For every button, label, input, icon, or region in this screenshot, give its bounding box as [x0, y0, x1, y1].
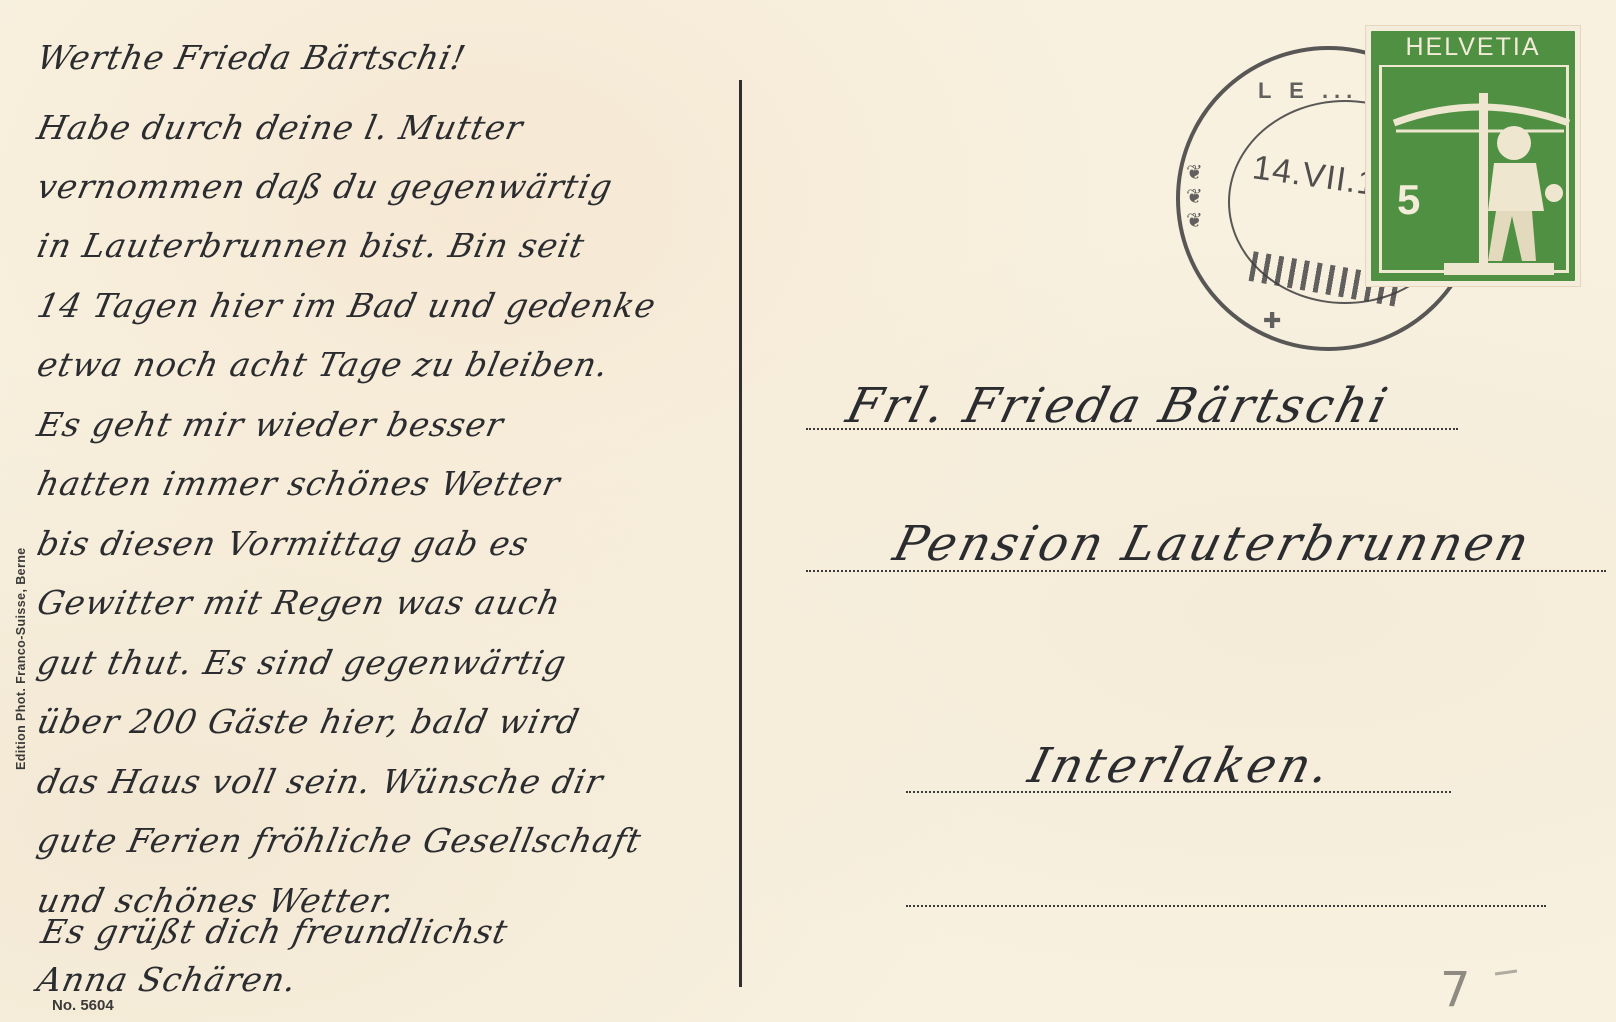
center-divider — [739, 80, 742, 987]
address-street: Pension Lauterbrunnen — [888, 516, 1537, 572]
message-line: gut thut. Es sind gegenwärtig — [34, 643, 571, 682]
message-line: etwa noch acht Tage zu bleiben. — [34, 345, 613, 384]
message-line: gute Ferien fröhliche Gesellschaft — [34, 821, 645, 860]
message-line: über 200 Gäste hier, bald wird — [34, 702, 583, 741]
signature: Anna Schären. — [34, 960, 301, 999]
card-number: No. 5604 — [52, 997, 114, 1014]
swiss-cross-icon: ✚ — [1263, 312, 1283, 332]
branch-ornament-icon: ❦❦❦ — [1186, 160, 1200, 250]
pencil-annotation: 7 — [1440, 962, 1471, 1018]
postage-stamp: HELVETIA 5 — [1366, 26, 1580, 286]
stamp-country: HELVETIA — [1371, 33, 1575, 62]
message-line: vernommen daß du gegenwärtig — [34, 167, 617, 206]
stamp-face: HELVETIA 5 — [1371, 31, 1575, 281]
postmark-town: L E ... — [1258, 78, 1358, 104]
address-city: Interlaken. — [1023, 738, 1338, 794]
message-line: das Haus voll sein. Wünsche dir — [34, 762, 607, 801]
address-dotted-line — [906, 905, 1546, 907]
postcard-back: Edition Phot. Franco-Suisse, Berne No. 5… — [0, 0, 1616, 1022]
address-recipient: Frl. Frieda Bärtschi — [841, 378, 1396, 434]
stamp-value: 5 — [1397, 176, 1420, 224]
message-line: Es grüßt dich freundlichst — [38, 912, 512, 951]
message-line: in Lauterbrunnen bist. Bin seit — [34, 226, 589, 265]
message-line: Gewitter mit Regen was auch — [34, 583, 565, 622]
message-line: Habe durch deine l. Mutter — [34, 108, 527, 147]
message-line: Werthe Frieda Bärtschi! — [34, 38, 470, 77]
stamp-frame — [1379, 65, 1569, 273]
pencil-dash — [1495, 969, 1517, 975]
message-line: Es geht mir wieder besser — [34, 405, 508, 444]
message-line: 14 Tagen hier im Bad und gedenke — [34, 286, 660, 325]
message-line: bis diesen Vormittag gab es — [34, 524, 533, 563]
publisher-imprint: Edition Phot. Franco-Suisse, Berne — [14, 547, 28, 770]
message-line: hatten immer schönes Wetter — [34, 464, 564, 503]
